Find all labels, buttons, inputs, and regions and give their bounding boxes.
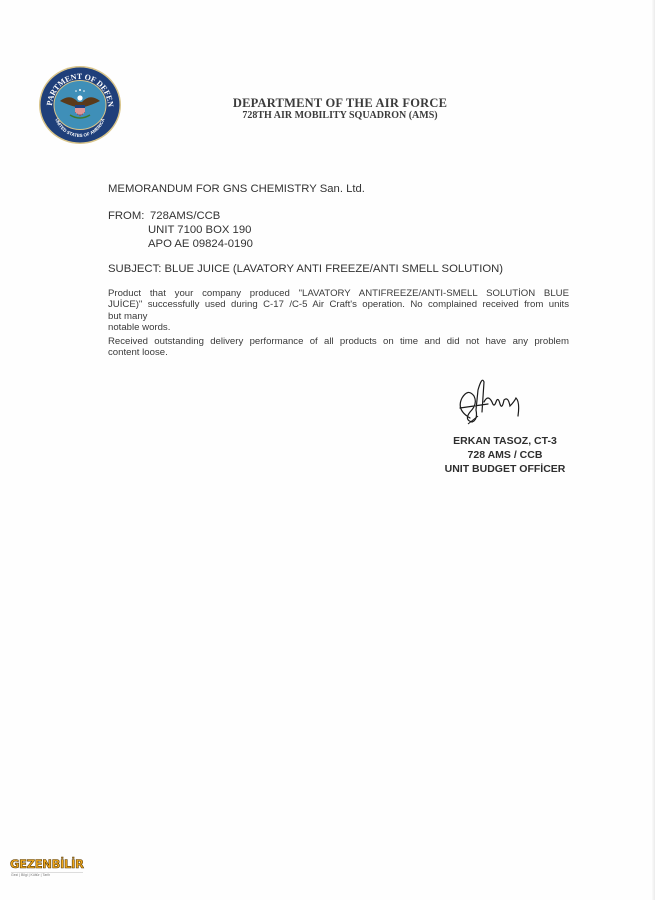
department-of-defense-seal-icon: DEPARTMENT OF DEFENSE UNITED STATES OF A… [38,65,122,145]
watermark-tagline: Gezi | Bilgi | Kültür | Tarih [11,872,83,878]
body-line: Received outstanding delivery performanc… [108,336,569,347]
handwritten-signature-icon [448,372,538,432]
memorandum-for: MEMORANDUM FOR GNS CHEMISTRY San. Ltd. [108,183,365,195]
letterhead-subtitle: 728TH AIR MOBILITY SQUADRON (AMS) [150,110,530,121]
body-line: JUİCE)" successfully used during C-17 /C… [108,299,569,310]
from-label: FROM: [108,210,144,222]
signer-title: UNIT BUDGET OFFİCER [430,463,580,475]
watermark-brand: GEZENBİLİR [10,857,84,871]
from-line: UNIT 7100 BOX 190 [148,224,251,236]
watermark-logo: GEZENBİLİR Gezi | Bilgi | Kültür | Tarih [10,857,90,881]
body-line: content loose. [108,347,569,358]
signer-unit: 728 AMS / CCB [430,449,580,461]
letterhead-title: DEPARTMENT OF THE AIR FORCE [150,96,530,111]
body-line: notable words. [108,322,569,333]
from-line: 728AMS/CCB [150,210,220,222]
subject-line: SUBJECT: BLUE JUICE (LAVATORY ANTI FREEZ… [108,263,503,275]
body-paragraph-2: Received outstanding delivery performanc… [108,336,569,359]
body-line: Product that your company produced "LAVA… [108,288,569,299]
memo-page: DEPARTMENT OF DEFENSE UNITED STATES OF A… [0,0,655,900]
body-paragraph-1: Product that your company produced "LAVA… [108,288,569,334]
body-line: but many [108,311,569,322]
signer-name: ERKAN TASOZ, CT-3 [430,435,580,447]
from-line: APO AE 09824-0190 [148,238,253,250]
